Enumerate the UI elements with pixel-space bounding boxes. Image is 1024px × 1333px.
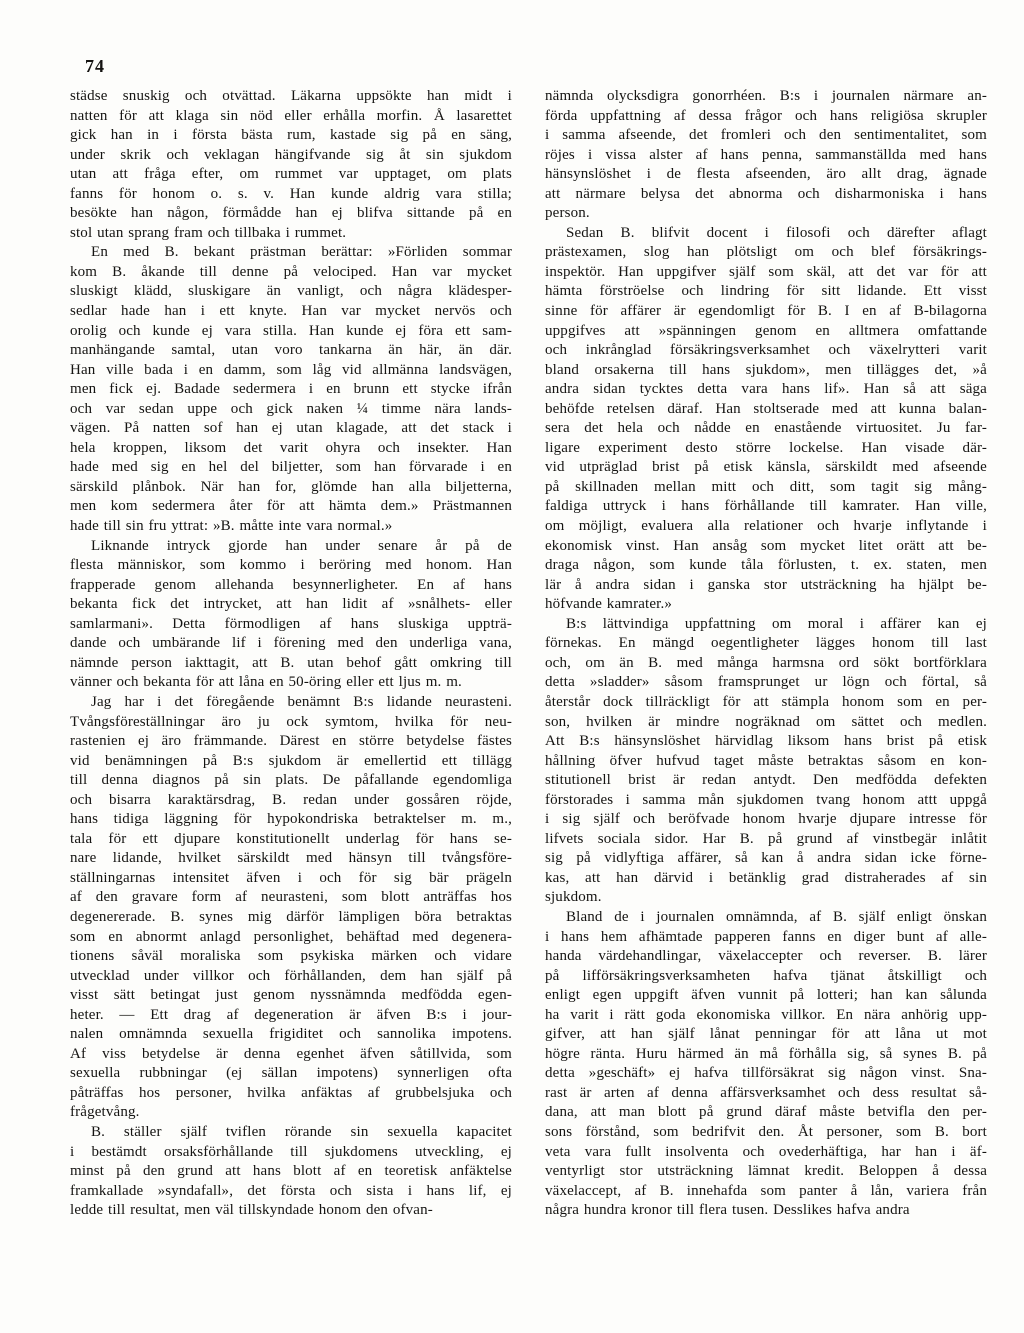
text-line: ha varit i rätt goda ekonomiska villkor.… <box>545 1006 987 1026</box>
text-line: särskild plånbok. När han for, glömde ha… <box>70 478 512 498</box>
text-line: på skillnaden mellan mitt och ditt, som … <box>545 478 987 498</box>
text-line: under skrik och veklagan hängifvande sig… <box>70 146 512 166</box>
text-line: frågetvång. <box>70 1103 512 1123</box>
text-line: af den gravare form af neurasteni, som b… <box>70 888 512 908</box>
text-line: person. <box>545 204 987 224</box>
text-line: tala för ett djupare konstitutionellt un… <box>70 830 512 850</box>
text-line: B. ställer själf tviflen rörande sin sex… <box>70 1123 512 1143</box>
text-line: påträffas hos personer, hvilka anfäktas … <box>70 1084 512 1104</box>
text-line: detta »sladder» såsom framsprunget ur lö… <box>545 673 987 693</box>
text-line: Tvångsföreställningar äro ju ock symtom,… <box>70 713 512 733</box>
text-line: Af viss betydelse är denna egenhet äfven… <box>70 1045 512 1065</box>
text-line: fanns för honom o. s. v. Han kunde aldri… <box>70 185 512 205</box>
text-line: manhängande samtal, utan voro tankarna ä… <box>70 341 512 361</box>
text-line: hämta förströelse och lindring för sitt … <box>545 282 987 302</box>
text-line: sjukdom. <box>545 888 987 908</box>
text-line: kom B. åkande till denne på velociped. H… <box>70 263 512 283</box>
right-column: nämnda olycksdigra gonorrhéen. B:s i jou… <box>545 87 987 1221</box>
text-line: tionens såväl moraliska som psykiska mär… <box>70 947 512 967</box>
text-line: förda uppfattning af dessa frågor och ha… <box>545 107 987 127</box>
text-line: heter. — Ett drag af degeneration är äfv… <box>70 1006 512 1026</box>
text-line: och, om än B. med många harmsna ord sökt… <box>545 654 987 674</box>
text-line: lär å andra sidan i ganska stor utsträck… <box>545 576 987 596</box>
text-line: bekanta fick det intrycket, att han lidi… <box>70 595 512 615</box>
text-line: Liknande intryck gjorde han under senare… <box>70 537 512 557</box>
paragraph: städse snuskig och otvättad. Läkarna upp… <box>70 87 512 243</box>
text-line: besökte han någon, förmådde han ej blifv… <box>70 204 512 224</box>
text-line: vänner och bekanta för att låna en 50-ör… <box>70 673 512 693</box>
text-line: vid benämningen på B:s sjukdom är emelle… <box>70 752 512 772</box>
paragraph: nämnda olycksdigra gonorrhéen. B:s i jou… <box>545 87 987 224</box>
text-line: ledde till resultat, men väl tillskyndad… <box>70 1201 512 1221</box>
text-line: nare lidande, hvilket särskildt med häns… <box>70 849 512 869</box>
text-line: En med B. bekant prästman berättar: »För… <box>70 243 512 263</box>
text-line: men fick ej. Badade sedermera i en brunn… <box>70 380 512 400</box>
text-line: behöfde retelsen däraf. Han stoltserade … <box>545 400 987 420</box>
text-line: högre ränta. Huru härmed än må förhålla … <box>545 1045 987 1065</box>
text-line: några hundra kronor till flera tusen. De… <box>545 1201 987 1221</box>
text-line: Sedan B. blifvit docent i filosofi och d… <box>545 224 987 244</box>
text-line: ställningarnas intensitet äfven i och fö… <box>70 869 512 889</box>
text-line: om möjligt, evaluera alla relationer och… <box>545 517 987 537</box>
text-line: kas, att han därvid i betänklig grad dis… <box>545 869 987 889</box>
text-line: degenererade. B. synes mig därför lämpli… <box>70 908 512 928</box>
text-line: rastenien ej äro främmande. Därest en st… <box>70 732 512 752</box>
text-line: bland orsakerna till hans sjukdom», men … <box>545 361 987 381</box>
text-line: vid utpräglad brist på etisk känsla, sär… <box>545 458 987 478</box>
text-line: hela kroppen, liksom det varit ohyra och… <box>70 439 512 459</box>
left-column: städse snuskig och otvättad. Läkarna upp… <box>70 87 512 1221</box>
text-line: och bisarra karaktärsdrag, B. redan unde… <box>70 791 512 811</box>
text-line: utvecklad under villkor och förhållanden… <box>70 967 512 987</box>
paragraph: Liknande intryck gjorde han under senare… <box>70 537 512 693</box>
text-line: lifvets sociala sidor. Har B. på grund a… <box>545 830 987 850</box>
text-line: sedlar hade han i ett knyte. Han var myc… <box>70 302 512 322</box>
text-line: hade med sig en hel del biljetter, som h… <box>70 458 512 478</box>
text-line: sons förstånd, som bedrifvit den. Åt per… <box>545 1123 987 1143</box>
paragraph: B:s lättvindiga uppfattning om moral i a… <box>545 615 987 908</box>
text-line: i hans hem afhämtade papperen fanns en d… <box>545 928 987 948</box>
text-line: rast är arten af denna affärsverksamhet … <box>545 1084 987 1104</box>
text-line: och inkrånglad försäkringsverksamhet och… <box>545 341 987 361</box>
text-line: nalen omnämnda sexuella frigiditet och s… <box>70 1025 512 1045</box>
text-line: son, hvilken är mindre nogräknad om sätt… <box>545 713 987 733</box>
text-line: detta »geschäft» ej hafva tillförsäkrat … <box>545 1064 987 1084</box>
text-line: stol utan sprang fram och tillbaka i rum… <box>70 224 512 244</box>
text-line: Bland de i journalen omnämnda, af B. sjä… <box>545 908 987 928</box>
text-line: i sig själf och beröfvade honom hvarje d… <box>545 810 987 830</box>
text-line: B:s lättvindiga uppfattning om moral i a… <box>545 615 987 635</box>
text-line: visst sätt betingat just genom nyssnämnd… <box>70 986 512 1006</box>
text-line: hans tidiga läggning för hypokondriska b… <box>70 810 512 830</box>
text-line: till denna diagnos på sin plats. De påfa… <box>70 771 512 791</box>
text-line: prästexamen, slog han plötsligt om och b… <box>545 243 987 263</box>
text-line: städse snuskig och otvättad. Läkarna upp… <box>70 87 512 107</box>
text-line: faldiga uttryck i hans förhållande till … <box>545 497 987 517</box>
text-line: dande och umbärande lif i förening med d… <box>70 634 512 654</box>
text-line: Jag har i det föregående benämnt B:s lid… <box>70 693 512 713</box>
text-line: som en abnormt anlagd personlighet, behä… <box>70 928 512 948</box>
text-line: inspektör. Han uppgifver själf som skäl,… <box>545 263 987 283</box>
text-line: sig på vidlyftiga affärer, så kan å andr… <box>545 849 987 869</box>
text-line: förnekas. En mängd oegentligheter lägges… <box>545 634 987 654</box>
text-line: frapperade genom allehanda besynnerlighe… <box>70 576 512 596</box>
text-line: Han ville bada i en damm, som låg vid al… <box>70 361 512 381</box>
text-line: samlarmani». Detta förmodligen af hans s… <box>70 615 512 635</box>
text-line: natten för att klaga sin nöd eller erhål… <box>70 107 512 127</box>
text-line: ventyrligt stor utsträckning lämnat kred… <box>545 1162 987 1182</box>
text-line: Att B:s hänsynslöshet härvidlag liksom h… <box>545 732 987 752</box>
text-line: och var sedan uppe och gick naken ¼ timm… <box>70 400 512 420</box>
text-line: på lifförsäkringsverksamheten hafva tjän… <box>545 967 987 987</box>
text-line: hade till sin fru yttrat: »B. måtte inte… <box>70 517 512 537</box>
text-line: utan att fråga efter, om rummet var uppt… <box>70 165 512 185</box>
text-line: flesta människor, som kommo i beröring m… <box>70 556 512 576</box>
text-line: minst på den grund att hans blott af en … <box>70 1162 512 1182</box>
text-line: men kom sedermera åter för att hämta dem… <box>70 497 512 517</box>
text-line: förstorades i samma mån sjukdomen tvang … <box>545 791 987 811</box>
text-columns: städse snuskig och otvättad. Läkarna upp… <box>70 87 988 1221</box>
text-line: röjes i vissa alster af hans penna, samm… <box>545 146 987 166</box>
book-page: 74 städse snuskig och otvättad. Läkarna … <box>0 0 1024 1333</box>
text-line: ekonomisk vinst. Han ansåg som mycket li… <box>545 537 987 557</box>
text-line: nämnde person iakttagit, att B. utan beh… <box>70 654 512 674</box>
text-line: nämnda olycksdigra gonorrhéen. B:s i jou… <box>545 87 987 107</box>
text-line: enligt egen uppgift äfven vunnit på lott… <box>545 986 987 1006</box>
text-line: växelaccept, af B. innehafda som panter … <box>545 1182 987 1202</box>
text-line: draga någon, som kunde tåla förlusten, t… <box>545 556 987 576</box>
paragraph: Jag har i det föregående benämnt B:s lid… <box>70 693 512 1123</box>
text-line: sexuella rubbningar (ej sällan impotens)… <box>70 1064 512 1084</box>
text-line: orolig och kunde ej vara stilla. Han kun… <box>70 322 512 342</box>
text-line: återstår dock tillräckligt för att stämp… <box>545 693 987 713</box>
text-line: framkallade »syndafall», det första och … <box>70 1182 512 1202</box>
text-line: i bestämdt orsaksförhållande till sjukdo… <box>70 1143 512 1163</box>
text-line: sluskigt klädd, sluskigare än vanligt, o… <box>70 282 512 302</box>
paragraph: Sedan B. blifvit docent i filosofi och d… <box>545 224 987 615</box>
page-number: 74 <box>85 56 105 77</box>
text-line: gifver, att han själf lånat penningar fö… <box>545 1025 987 1045</box>
text-line: vägen. På natten sof han ej utan klagade… <box>70 419 512 439</box>
text-line: veta vara fullt insolventa och ovederhäf… <box>545 1143 987 1163</box>
text-line: i samma afseende, det fromleri och den s… <box>545 126 987 146</box>
paragraph: Bland de i journalen omnämnda, af B. sjä… <box>545 908 987 1221</box>
text-line: handa värdehandlingar, växelaccepter och… <box>545 947 987 967</box>
text-line: hänsynslöshet i de flesta afseenden, äro… <box>545 165 987 185</box>
text-line: dana, att man blott på grund däraf måste… <box>545 1103 987 1123</box>
text-line: gick han in i första bästa rum, kastade … <box>70 126 512 146</box>
text-line: sinne för affärer är egendomligt för B. … <box>545 302 987 322</box>
text-line: andra sidan tycktes detta vara hans lif»… <box>545 380 987 400</box>
text-line: sera det hela och nådde en enastående vi… <box>545 419 987 439</box>
text-line: hållning öfver hufvud taget måste betrak… <box>545 752 987 772</box>
text-line: höfvande kamrater.» <box>545 595 987 615</box>
text-line: stitutionell brist är redan antydt. Den … <box>545 771 987 791</box>
text-line: ligare experiment desto större lockelse.… <box>545 439 987 459</box>
text-line: att närmare belysa det abnorma och disha… <box>545 185 987 205</box>
text-line: uppgifves att »spänningen genom en alltm… <box>545 322 987 342</box>
paragraph: En med B. bekant prästman berättar: »För… <box>70 243 512 536</box>
paragraph: B. ställer själf tviflen rörande sin sex… <box>70 1123 512 1221</box>
